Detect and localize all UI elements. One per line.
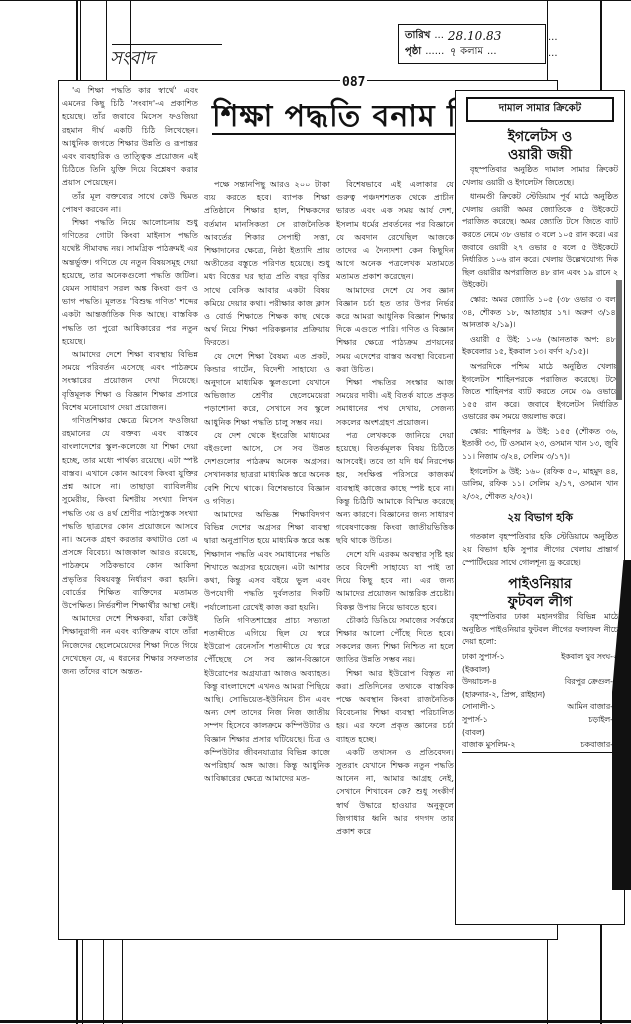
margin-line-mid-1	[106, 0, 107, 85]
archive-stamp: তারিখ ... 28.10.83 পৃষ্ঠা ...... ৭ কলাম …	[398, 24, 546, 64]
date-label: তারিখ	[405, 28, 430, 44]
headline-rule	[212, 133, 462, 135]
sidebar-kicker: দামাল সামার ক্রিকেট	[466, 97, 614, 122]
paragraph: ধানমণ্ডী ক্রিকেট স্টেডিয়াম পূর্ব মাঠে অ…	[462, 191, 618, 292]
paragraph: তিনি গণিতশাস্ত্রের প্রাচ্য সভ্যতা শতাব্দ…	[204, 614, 330, 786]
page-number: 087	[340, 75, 367, 90]
paragraph: শিক্ষা পদ্ধতির সংস্কার আজ সময়ের দাবী। এ…	[336, 376, 454, 429]
top-edge	[0, 0, 631, 1]
paragraph: বৃহস্পতিবার অনুষ্ঠিত দামাল সামার ক্রিকেট…	[462, 164, 618, 189]
football-headline-1: পাইওনিয়ার	[462, 575, 618, 593]
paragraph: বৃহস্পতিবার ঢাকা মহানগরীর বিভিন্ন মাঠে অ…	[462, 611, 618, 649]
article-headline: শিক্ষা পদ্ধতি বনাম শি	[212, 92, 474, 143]
paragraph: শিক্ষা পদ্ধতি নিয়ে আলোচনায় শুধু গণিতের…	[62, 216, 198, 348]
result-scorers: (বাবল)	[462, 727, 618, 740]
hockey-report: গতকাল বৃহস্পতিবার হকি স্টেডিয়ামে অনুষ্ঠ…	[462, 531, 618, 569]
page-label: পৃষ্ঠা	[405, 44, 421, 60]
cricket-headline-2: ওয়ারী জয়ী	[462, 146, 618, 164]
page-value: ৭	[448, 44, 456, 60]
paragraph: যে দেশ থেকে ইংরেজি মাধ্যমের বইগুলো আসে, …	[204, 429, 330, 508]
paragraph: আমাদের দেশে শিক্ষা ব্যবস্থায় বিভিন্ন সম…	[62, 348, 198, 414]
results-list: ঢাকা সুপার্স-১ইকবাল যুব সংঘ-০ (ইকবাল) উদ…	[462, 651, 618, 753]
result-scorers: (হারুনার-২, প্রিন্স, রাইহান)	[462, 689, 618, 702]
margin-line-left-2	[80, 0, 81, 90]
bottom-edge	[0, 1020, 631, 1023]
paragraph: চৌকাঠ ডিঙিয়ে সমাজের সর্বস্তরে শিক্ষার আ…	[336, 614, 454, 667]
result-row: বাজাক মুসলিম-২চকবাজার-২	[462, 739, 618, 753]
cricket-headline-1: ইগলেটস ও	[462, 128, 618, 146]
scorecard: ওয়ারী ৫ উই: ১০৬ (আনতাক অপ: ৪৮, ইকবেলার …	[462, 334, 618, 359]
paragraph: তাঁর মূল বক্তব্যের সাথে কেউ দ্বিমত পোষণ …	[62, 190, 198, 216]
cricket-report: বৃহস্পতিবার অনুষ্ঠিত দামাল সামার ক্রিকেট…	[462, 164, 618, 503]
date-value: 28.10.83	[448, 28, 501, 44]
paragraph: একটি তথ্যসন ও প্রতিবেদন। সুতরাং যেখানে শ…	[336, 746, 454, 838]
football-headline-2: ফুটবল লীগ	[462, 593, 618, 611]
football-report: বৃহস্পতিবার ঢাকা মহানগরীর বিভিন্ন মাঠে অ…	[462, 611, 618, 649]
paragraph: 'এ শিক্ষা পদ্ধতি কার স্বার্থে' এবং এমনের…	[62, 84, 198, 190]
article-column-1: 'এ শিক্ষা পদ্ধতি কার স্বার্থে' এবং এমনের…	[62, 84, 198, 934]
scan-smudge	[616, 280, 622, 400]
paragraph: গণিতশিক্ষার ক্ষেত্রে মিসেস ফওজিয়া রহমান…	[62, 414, 198, 612]
paragraph: আমাদের অভিজ্ঞ শিক্ষাবিদগণ বিভিন্ন দেশের …	[204, 508, 330, 614]
result-row: ঢাকা সুপার্স-১ইকবাল যুব সংঘ-০	[462, 651, 618, 664]
handwritten-source-name: সংবাদ	[110, 44, 154, 75]
scorecard: ইগলেটস ৯ উই: ১৬০ (রফিক ৫০, মাহমুদ ৪৪, ডা…	[462, 466, 618, 504]
result-row: উদয়াচল-৪বিরপুর ক্রেগুল-০	[462, 676, 618, 689]
paragraph: আমাদের দেশে শিক্ষকরা, যাঁরা কেউই শিক্ষান…	[62, 612, 198, 678]
paragraph: দেশে যদি এরকম অবস্থার সৃষ্টি হয় তবে বিদ…	[336, 548, 454, 614]
scorecard: স্কোর: শাহিনপর ৯ উই: ১৫৫ (শৌকত ৩৬, ইতাকী…	[462, 426, 618, 464]
paragraph: পক্ষে সন্তানপিছু আরও ২০০ টাকা ব্যয় করতে…	[204, 178, 330, 350]
stamp-trailing: ... ...	[548, 30, 558, 62]
paragraph: বিশেষভাবে এই এলাকার যে গুরুত্ব পঞ্চদশশতক…	[336, 178, 454, 284]
paragraph: যে দেশে শিক্ষা বৈষম্য এত প্রকট, কিন্ডার …	[204, 350, 330, 429]
paragraph: শিক্ষা আর ইউরোপ বিস্তৃত না করা। প্রতিদিন…	[336, 667, 454, 746]
result-row: সুপার্স-১চড়াইল-০	[462, 714, 618, 727]
article-column-3: বিশেষভাবে এই এলাকার যে গুরুত্ব পঞ্চদশশতক…	[336, 178, 454, 934]
paragraph: গতকাল বৃহস্পতিবার হকি স্টেডিয়ামে অনুষ্ঠ…	[462, 531, 618, 569]
result-scorers: (ইকবাল)	[462, 664, 618, 677]
scorecard: স্কোর: অমর জ্যোতি ১০৫ (৩৮ ওভার ৩ বল: ৩৪,…	[462, 294, 618, 332]
result-row: সোনালী-১আমিন বাজার-১	[462, 701, 618, 714]
paragraph: অপরদিকে পশ্চিম মাঠে অনুষ্ঠিত খেলায় ইগলে…	[462, 361, 618, 424]
paragraph: পত্র লেখককে জানিয়ে দেয়া হয়েছে। বিতর্ক…	[336, 429, 454, 548]
paragraph: আমাদের দেশে যে সব জ্ঞান বিজ্ঞান চর্চা হত…	[336, 284, 454, 376]
sports-sidebar: দামাল সামার ক্রিকেট ইগলেটস ও ওয়ারী জয়ী…	[455, 90, 625, 925]
column-label: কলাম	[460, 44, 483, 60]
article-column-2: পক্ষে সন্তানপিছু আরও ২০০ টাকা ব্যয় করতে…	[204, 178, 330, 934]
hockey-headline: ২য় বিভাগ হকি	[462, 509, 618, 528]
